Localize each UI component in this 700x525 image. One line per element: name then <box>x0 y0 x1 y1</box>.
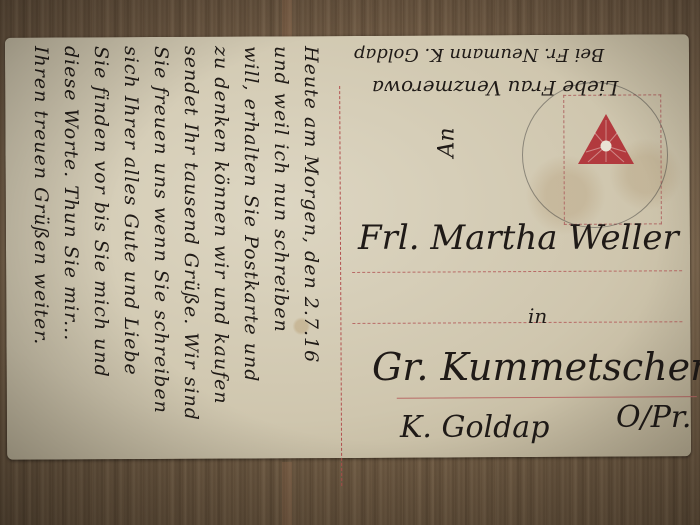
message-line: sich Ihrer alles Gute und Liebe <box>120 46 142 376</box>
message-line: will, erhalten Sie Postkarte und <box>240 46 262 382</box>
wood-seam <box>282 462 292 525</box>
address-salutation: An <box>435 127 460 157</box>
message-line: Heute am Morgen, den 2.7.16 <box>300 46 322 363</box>
header-note-line2-upside-down: Liebe Frau Venzmerowa <box>372 76 618 100</box>
recipient-district: K. Goldap <box>400 410 549 445</box>
header-note-upside-down: Bei Fr. Neumann K. Goldap <box>354 44 604 65</box>
address-line-1 <box>352 270 682 273</box>
address-line-2 <box>352 321 682 324</box>
message-line: sendet Ihr tausend Grüße. Wir sind <box>180 46 202 421</box>
recipient-region: O/Pr. <box>616 400 691 435</box>
address-preposition: in <box>528 304 547 328</box>
message-line: Sie freuen uns wenn Sie schreiben <box>150 46 172 414</box>
message-line: diese Worte. Thun Sie mir... <box>60 46 82 341</box>
recipient-name: Frl. Martha Weller <box>358 218 679 258</box>
red-triangle-eye-stamp-icon <box>576 112 636 166</box>
message-line: und weil ich nun schreiben <box>270 46 292 333</box>
card-center-divider <box>339 86 342 486</box>
message-line: Sie finden vor bis Sie mich und <box>90 46 112 378</box>
message-line: Ihren treuen Grüßen weiter. <box>30 46 52 345</box>
recipient-town: Gr. Kummetschen <box>372 345 700 389</box>
address-line-3 <box>397 396 697 399</box>
message-line: zu denken können wir und kaufen <box>210 46 232 405</box>
